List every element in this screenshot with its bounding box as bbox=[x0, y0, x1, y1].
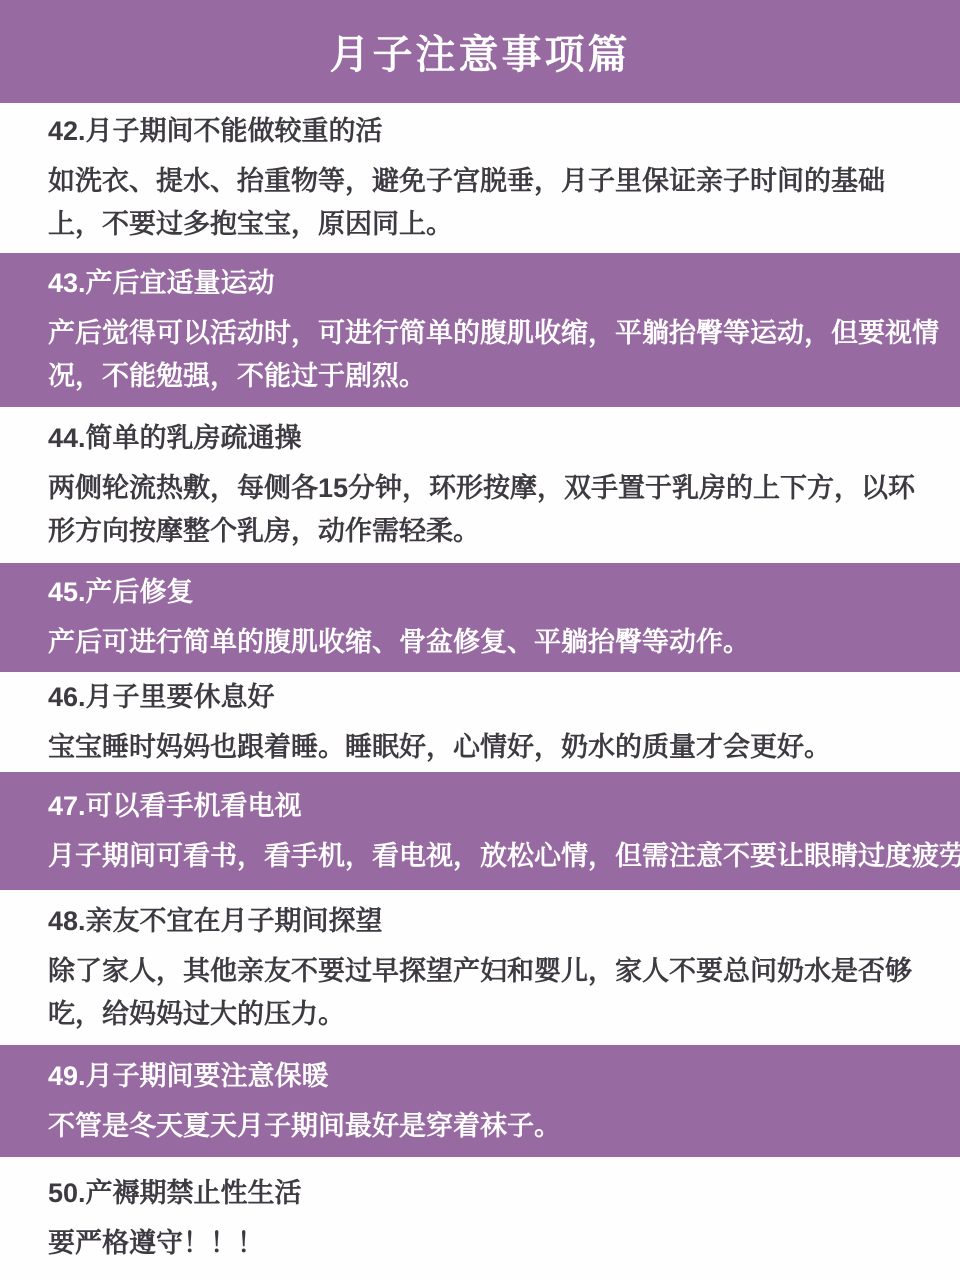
section-48-body-line-1: 除了家人，其他亲友不要过早探望产妇和婴儿，家人不要总问奶水是否够 bbox=[48, 950, 936, 993]
section-50: 50.产褥期禁止性生活 要严格遵守！！！ bbox=[0, 1157, 960, 1280]
section-49-title: 49.月子期间要注意保暖 bbox=[48, 1055, 936, 1098]
section-48-body-line-2: 吃，给妈妈过大的压力。 bbox=[48, 993, 936, 1036]
section-48-title: 48.亲友不宜在月子期间探望 bbox=[48, 900, 936, 943]
section-46: 46.月子里要休息好 宝宝睡时妈妈也跟着睡。睡眠好，心情好，奶水的质量才会更好。 bbox=[0, 672, 960, 772]
section-47-title: 47.可以看手机看电视 bbox=[48, 785, 936, 828]
section-43-title: 43.产后宜适量运动 bbox=[48, 262, 936, 305]
section-43: 43.产后宜适量运动 产后觉得可以活动时，可进行简单的腹肌收缩，平躺抬臀等运动，… bbox=[0, 253, 960, 407]
section-44-body-line-2: 形方向按摩整个乳房，动作需轻柔。 bbox=[48, 510, 936, 553]
section-50-title: 50.产褥期禁止性生活 bbox=[48, 1172, 936, 1215]
section-49-body-line-1: 不管是冬天夏天月子期间最好是穿着袜子。 bbox=[48, 1105, 936, 1148]
section-47: 47.可以看手机看电视 月子期间可看书，看手机，看电视，放松心情，但需注意不要让… bbox=[0, 772, 960, 890]
section-50-body-line-1: 要严格遵守！！！ bbox=[48, 1222, 936, 1265]
section-46-body-line-1: 宝宝睡时妈妈也跟着睡。睡眠好，心情好，奶水的质量才会更好。 bbox=[48, 726, 936, 769]
infographic-page: 月子注意事项篇 42.月子期间不能做较重的活 如洗衣、提水、抬重物等，避免子宫脱… bbox=[0, 0, 960, 1280]
section-43-body-line-2: 况，不能勉强，不能过于剧烈。 bbox=[48, 355, 936, 398]
section-43-body-line-1: 产后觉得可以活动时，可进行简单的腹肌收缩，平躺抬臀等运动，但要视情 bbox=[48, 312, 936, 355]
section-45-body-line-1: 产后可进行简单的腹肌收缩、骨盆修复、平躺抬臀等动作。 bbox=[48, 621, 936, 664]
section-48: 48.亲友不宜在月子期间探望 除了家人，其他亲友不要过早探望产妇和婴儿，家人不要… bbox=[0, 890, 960, 1045]
section-42-title: 42.月子期间不能做较重的活 bbox=[48, 110, 936, 153]
section-42-body-line-2: 上，不要过多抱宝宝，原因同上。 bbox=[48, 203, 936, 246]
page-header: 月子注意事项篇 bbox=[0, 0, 960, 103]
section-46-title: 46.月子里要休息好 bbox=[48, 676, 936, 719]
section-47-body-line-1: 月子期间可看书，看手机，看电视，放松心情，但需注意不要让眼睛过度疲劳 bbox=[48, 835, 936, 878]
section-45-title: 45.产后修复 bbox=[48, 571, 936, 614]
section-49: 49.月子期间要注意保暖 不管是冬天夏天月子期间最好是穿着袜子。 bbox=[0, 1045, 960, 1157]
section-44-title: 44.简单的乳房疏通操 bbox=[48, 417, 936, 460]
page-title: 月子注意事项篇 bbox=[330, 23, 631, 80]
section-44-body-line-1: 两侧轮流热敷，每侧各15分钟，环形按摩，双手置于乳房的上下方，以环 bbox=[48, 467, 936, 510]
section-42-body-line-1: 如洗衣、提水、抬重物等，避免子宫脱垂，月子里保证亲子时间的基础 bbox=[48, 160, 936, 203]
section-45: 45.产后修复 产后可进行简单的腹肌收缩、骨盆修复、平躺抬臀等动作。 bbox=[0, 563, 960, 672]
section-42: 42.月子期间不能做较重的活 如洗衣、提水、抬重物等，避免子宫脱垂，月子里保证亲… bbox=[0, 103, 960, 253]
section-44: 44.简单的乳房疏通操 两侧轮流热敷，每侧各15分钟，环形按摩，双手置于乳房的上… bbox=[0, 407, 960, 563]
